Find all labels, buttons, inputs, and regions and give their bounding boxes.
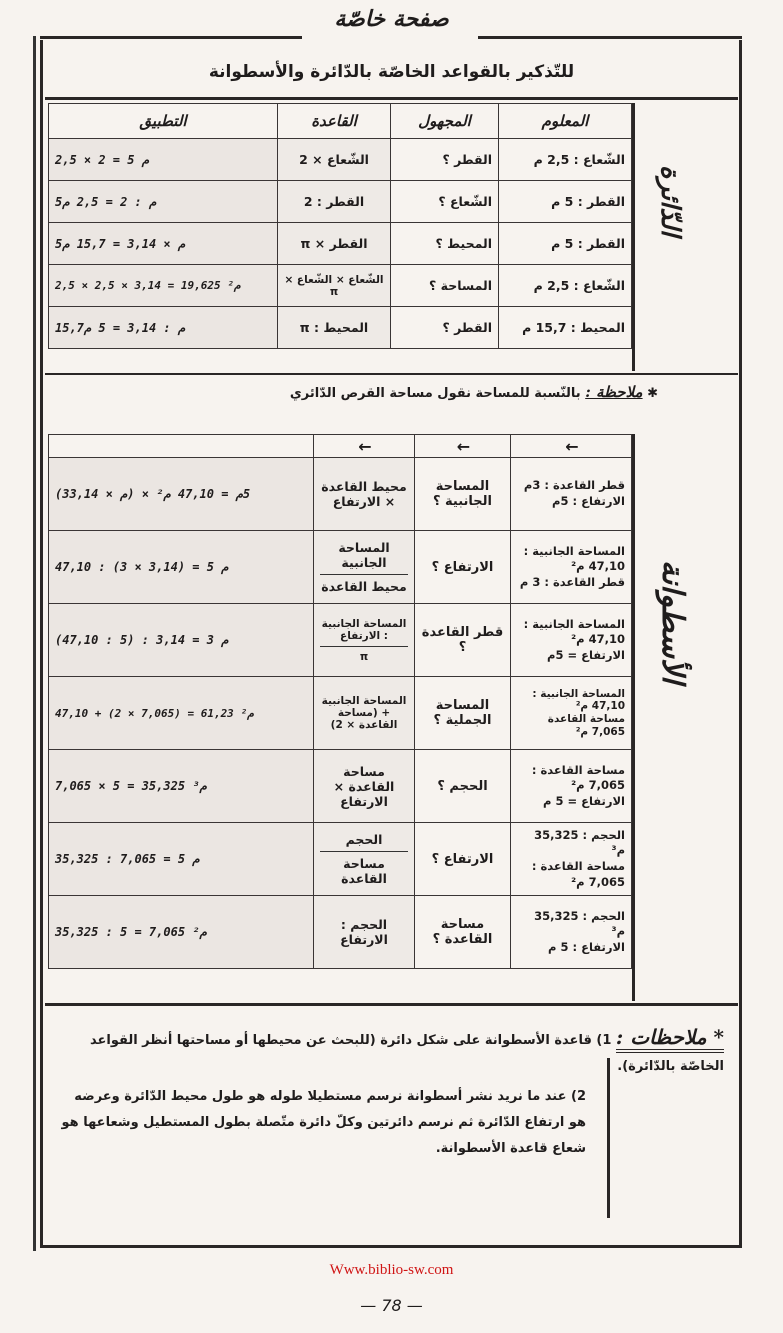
known-line: قطر القاعدة : 3 م <box>517 575 625 591</box>
rule-cell: المساحة الجانبية محيط القاعدة <box>314 531 415 604</box>
arrow-icon: ← <box>511 435 632 458</box>
unknown-cell: المساحة الجملية ؟ <box>415 677 511 750</box>
arrow-row-empty <box>49 435 314 458</box>
rule-numerator: الحجم <box>320 832 408 852</box>
notes-divider <box>607 1058 610 1218</box>
application-cell: 2,5 × 2 = 5 م <box>49 139 278 181</box>
notes-cylinder: * ملاحظات : 1) قاعدة الأسطوانة على شكل د… <box>45 1003 738 1243</box>
arrow-icon: ← <box>415 435 511 458</box>
cylinder-side-label: الأسطوانة <box>655 560 690 683</box>
known-cell: القطر : 5 م <box>499 181 632 223</box>
header-known: المعلوم <box>499 104 632 139</box>
rule-cell: مساحة القاعدة × الارتفاع <box>314 750 415 823</box>
known-cell: مساحة القاعدة : 7,065 م² الارتفاع = 5 م <box>511 750 632 823</box>
application-cell: 2,5 × 2,5 × 3,14 = 19,625 م² <box>49 265 278 307</box>
application-cell: 47,10 + (2 × 7,065) = 61,23 م² <box>49 677 314 750</box>
rule-cell: المحيط : π <box>278 307 391 349</box>
known-line: مساحة القاعدة <box>517 713 625 726</box>
application-cell: 47,10 : (3 × 3,14) = 5 م <box>49 531 314 604</box>
known-line: 47,10 م² <box>517 632 625 648</box>
known-cell: المساحة الجانبية : 47,10 م² قطر القاعدة … <box>511 531 632 604</box>
circle-side-label: الدّائرة <box>655 165 685 236</box>
arrow-icon: ← <box>314 435 415 458</box>
note-item: 2) عند ما نريد نشر أسطوانة نرسم مستطيلا … <box>53 1084 586 1162</box>
header-rule: القاعدة <box>278 104 391 139</box>
header-application: التطبيق <box>49 104 278 139</box>
table-row: القطر : 5 م الشّعاع ؟ القطر : 2 5م : 2 =… <box>49 181 632 223</box>
rule-cell: الحجم مساحة القاعدة <box>314 823 415 896</box>
cylinder-rules-table: ← ← ← قطر القاعدة : 3م الارتفاع : 5م الم… <box>48 434 632 969</box>
known-line: الارتفاع : 5 م <box>517 940 625 956</box>
unknown-cell: الارتفاع ؟ <box>415 531 511 604</box>
known-line: الحجم : 35,325 م³ <box>517 828 625 859</box>
table-row: مساحة القاعدة : 7,065 م² الارتفاع = 5 م … <box>49 750 632 823</box>
known-cell: المحيط : 15,7 م <box>499 307 632 349</box>
rule-denominator: مساحة القاعدة <box>320 852 408 886</box>
rule-cell: الحجم : الارتفاع <box>314 896 415 969</box>
table-row: الحجم : 35,325 م³ مساحة القاعدة : 7,065 … <box>49 823 632 896</box>
unknown-cell: الحجم ؟ <box>415 750 511 823</box>
page-subtitle: للتّذكير بالقواعد الخاصّة بالدّائرة والأ… <box>45 44 738 100</box>
application-cell: (47,10 : 5) : 3,14 = 3 م <box>49 604 314 677</box>
watermark-link[interactable]: Www.biblio-sw.com <box>0 1262 783 1279</box>
application-cell: 5م : 2 = 2,5 م <box>49 181 278 223</box>
known-line: 47,10 م² <box>517 700 625 713</box>
known-cell: المساحة الجانبية : 47,10 م² مساحة القاعد… <box>511 677 632 750</box>
known-line: 47,10 م² <box>517 559 625 575</box>
table-row: المساحة الجانبية : 47,10 م² الارتفاع = 5… <box>49 604 632 677</box>
note-text: بالنّسبة للمساحة نقول مساحة القرص الدّائ… <box>290 386 581 401</box>
application-cell: 15,7م : 3,14 = 5 م <box>49 307 278 349</box>
known-cell: الشّعاع : 2,5 م <box>499 139 632 181</box>
unknown-cell: المساحة الجانبية ؟ <box>415 458 511 531</box>
table-row: الحجم : 35,325 م³ الارتفاع : 5 م مساحة ا… <box>49 896 632 969</box>
known-line: 7,065 م² <box>517 875 625 891</box>
application-cell: 35,325 : 5 = 7,065 م² <box>49 896 314 969</box>
known-line: الارتفاع = 5م <box>517 648 625 664</box>
title-rule-right <box>478 36 742 39</box>
rule-cell: القطر × π <box>278 223 391 265</box>
known-line: المساحة الجانبية : <box>517 617 625 633</box>
table-row: الشّعاع : 2,5 م القطر ؟ الشّعاع × 2 2,5 … <box>49 139 632 181</box>
known-cell: قطر القاعدة : 3م الارتفاع : 5م <box>511 458 632 531</box>
title-rule-left <box>40 36 302 39</box>
known-line: الارتفاع : 5م <box>517 494 625 510</box>
known-line: الارتفاع = 5 م <box>517 794 625 810</box>
unknown-cell: القطر ؟ <box>391 307 499 349</box>
rule-cell: المساحة الجانبية + (مساحة القاعدة × 2) <box>314 677 415 750</box>
unknown-cell: المحيط ؟ <box>391 223 499 265</box>
unknown-cell: الارتفاع ؟ <box>415 823 511 896</box>
note-label: ملاحظة : <box>585 383 642 401</box>
known-cell: الحجم : 35,325 م³ مساحة القاعدة : 7,065 … <box>511 823 632 896</box>
unknown-cell: مساحة القاعدة ؟ <box>415 896 511 969</box>
page-title: صفحة خاصّة <box>0 6 783 32</box>
application-cell: 35,325 : 7,065 = 5 م <box>49 823 314 896</box>
rule-cell: المساحة الجانبية : الارتفاع π <box>314 604 415 677</box>
unknown-cell: قطر القاعدة ؟ <box>415 604 511 677</box>
arrow-row: ← ← ← <box>49 435 632 458</box>
known-line: المساحة الجانبية : <box>517 688 625 701</box>
rule-denominator: π <box>320 647 408 663</box>
cylinder-side-column <box>632 434 738 1001</box>
table-row: المساحة الجانبية : 47,10 م² مساحة القاعد… <box>49 677 632 750</box>
table-row: المحيط : 15,7 م القطر ؟ المحيط : π 15,7م… <box>49 307 632 349</box>
unknown-cell: القطر ؟ <box>391 139 499 181</box>
known-line: الحجم : 35,325 م³ <box>517 909 625 940</box>
known-line: قطر القاعدة : 3م <box>517 478 625 494</box>
header-unknown: المجهول <box>391 104 499 139</box>
application-cell: 5م × 3,14 = 15,7 م <box>49 223 278 265</box>
application-cell: (3م × 3,14) × 5م = 47,10 م² <box>49 458 314 531</box>
known-line: 7,065 م² <box>517 778 625 794</box>
table-row: الشّعاع : 2,5 م المساحة ؟ الشّعاع × الشّ… <box>49 265 632 307</box>
known-line: 7,065 م² <box>517 726 625 739</box>
rule-numerator: المساحة الجانبية : الارتفاع <box>320 618 408 647</box>
known-cell: الحجم : 35,325 م³ الارتفاع : 5 م <box>511 896 632 969</box>
known-cell: الشّعاع : 2,5 م <box>499 265 632 307</box>
unknown-cell: الشّعاع ؟ <box>391 181 499 223</box>
rule-cell: محيط القاعدة × الارتفاع <box>314 458 415 531</box>
notes-label: * ملاحظات : <box>616 1025 724 1053</box>
known-line: مساحة القاعدة : <box>517 763 625 779</box>
known-cell: المساحة الجانبية : 47,10 م² الارتفاع = 5… <box>511 604 632 677</box>
table-row: المساحة الجانبية : 47,10 م² قطر القاعدة … <box>49 531 632 604</box>
rule-numerator: المساحة الجانبية <box>320 540 408 575</box>
rule-denominator: محيط القاعدة <box>320 575 408 594</box>
circle-rules-table: المعلوم المجهول القاعدة التطبيق الشّعاع … <box>48 103 632 349</box>
circle-side-column <box>632 103 738 371</box>
unknown-cell: المساحة ؟ <box>391 265 499 307</box>
rule-cell: الشّعاع × الشّعاع × π <box>278 265 391 307</box>
known-line: مساحة القاعدة : <box>517 859 625 875</box>
note-circle-area: ✱ ملاحظة : بالنّسبة للمساحة نقول مساحة ا… <box>45 373 738 429</box>
application-cell: 7,065 × 5 = 35,325 م³ <box>49 750 314 823</box>
page-number: — 78 — <box>0 1296 783 1315</box>
table-row: القطر : 5 م المحيط ؟ القطر × π 5م × 3,14… <box>49 223 632 265</box>
rule-cell: الشّعاع × 2 <box>278 139 391 181</box>
outer-frame-left <box>33 36 36 1251</box>
table-header-row: المعلوم المجهول القاعدة التطبيق <box>49 104 632 139</box>
known-cell: القطر : 5 م <box>499 223 632 265</box>
rule-cell: القطر : 2 <box>278 181 391 223</box>
known-line: المساحة الجانبية : <box>517 544 625 560</box>
table-row: قطر القاعدة : 3م الارتفاع : 5م المساحة ا… <box>49 458 632 531</box>
